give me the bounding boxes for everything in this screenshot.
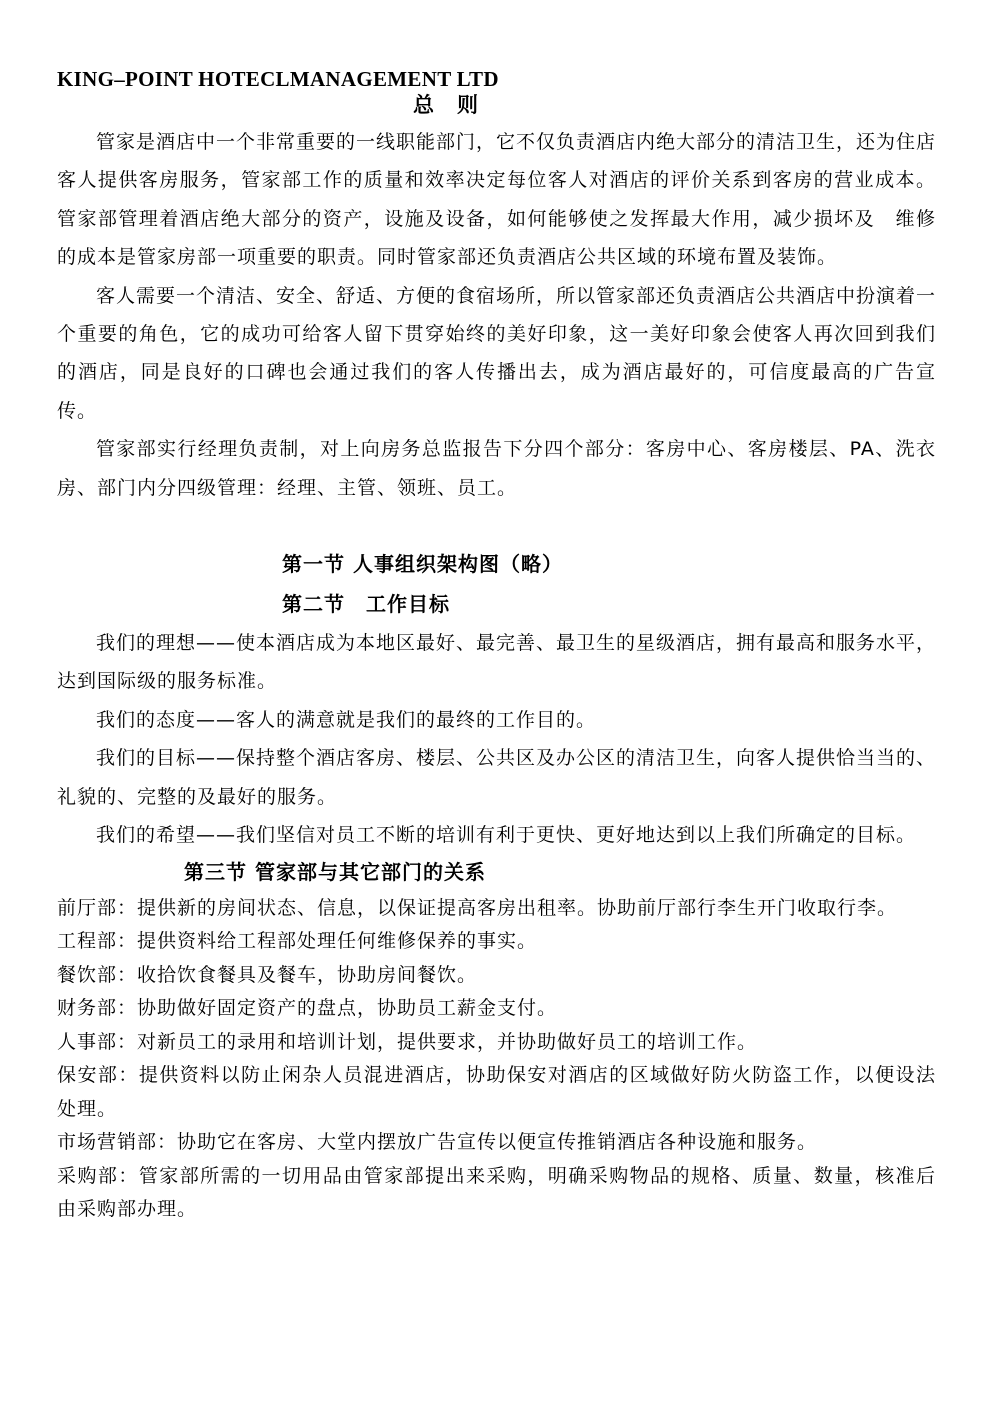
- department-desc: 收拾饮食餐具及餐车，协助房间餐饮。: [137, 964, 477, 986]
- paragraph: 管家部实行经理负责制，对上向房务总监报告下分四个部分：客房中心、客房楼层、PA、…: [57, 430, 936, 507]
- department-name: 前厅部：: [57, 897, 137, 919]
- department-item: 人事部：对新员工的录用和培训计划，提供要求，并协助做好员工的培训工作。: [57, 1026, 936, 1060]
- paragraph: 我们的理想——使本酒店成为本地区最好、最完善、最卫生的星级酒店，拥有最高和服务水…: [57, 624, 936, 701]
- department-desc: 提供资料给工程部处理任何维修保养的事实。: [137, 930, 537, 952]
- department-desc: 对新员工的录用和培训计划，提供要求，并协助做好员工的培训工作。: [137, 1031, 757, 1053]
- page-content: KING–POINT HOTECLMANAGEMENT LTD 总 则 管家是酒…: [0, 0, 993, 1227]
- department-item: 工程部：提供资料给工程部处理任何维修保养的事实。: [57, 925, 936, 959]
- paragraph: 管家是酒店中一个非常重要的一线职能部门，它不仅负责酒店内绝大部分的清洁卫生，还为…: [57, 123, 936, 277]
- section1-heading: 第一节 人事组织架构图（略）: [282, 544, 936, 584]
- doc-title: 总 则: [413, 92, 936, 118]
- paragraph: 我们的目标——保持整个酒店客房、楼层、公共区及办公区的清洁卫生，向客人提供恰当当…: [57, 739, 936, 816]
- department-desc: 提供资料以防止闲杂人员混进酒店，协助保安对酒店的区域做好防火防盗工作，以便设法处…: [57, 1064, 936, 1120]
- paragraph: 客人需要一个清洁、安全、舒适、方便的食宿场所，所以管家部还负责酒店公共酒店中扮演…: [57, 277, 936, 431]
- company-name: KING–POINT HOTECLMANAGEMENT LTD: [57, 0, 936, 92]
- department-list: 前厅部：提供新的房间状态、信息，以保证提高客房出租率。协助前厅部行李生开门收取行…: [57, 892, 936, 1227]
- section2-heading: 第二节 工作目标: [282, 584, 936, 624]
- department-desc: 协助做好固定资产的盘点，协助员工薪金支付。: [137, 997, 557, 1019]
- document-page: KING–POINT HOTECLMANAGEMENT LTD 总 则 管家是酒…: [0, 0, 993, 1404]
- department-desc: 协助它在客房、大堂内摆放广告宣传以便宣传推销酒店各种设施和服务。: [177, 1131, 817, 1153]
- department-item: 财务部：协助做好固定资产的盘点，协助员工薪金支付。: [57, 992, 936, 1026]
- paragraph: 我们的态度——客人的满意就是我们的最终的工作目的。: [57, 701, 936, 739]
- general-section: 管家是酒店中一个非常重要的一线职能部门，它不仅负责酒店内绝大部分的清洁卫生，还为…: [57, 123, 936, 507]
- section3-heading: 第三节 管家部与其它部门的关系: [184, 852, 936, 892]
- department-desc: 管家部所需的一切用品由管家部提出来采购，明确采购物品的规格、质量、数量，核准后由…: [57, 1165, 936, 1221]
- department-name: 财务部：: [57, 997, 137, 1019]
- section2-body: 我们的理想——使本酒店成为本地区最好、最完善、最卫生的星级酒店，拥有最高和服务水…: [57, 624, 936, 854]
- department-name: 市场营销部：: [57, 1131, 177, 1153]
- department-item: 保安部：提供资料以防止闲杂人员混进酒店，协助保安对酒店的区域做好防火防盗工作，以…: [57, 1059, 936, 1126]
- department-item: 餐饮部：收拾饮食餐具及餐车，协助房间餐饮。: [57, 959, 936, 993]
- department-name: 人事部：: [57, 1031, 137, 1053]
- department-item: 市场营销部：协助它在客房、大堂内摆放广告宣传以便宣传推销酒店各种设施和服务。: [57, 1126, 936, 1160]
- paragraph: 我们的希望——我们坚信对员工不断的培训有利于更快、更好地达到以上我们所确定的目标…: [57, 816, 936, 854]
- department-name: 保安部：: [57, 1064, 139, 1086]
- department-name: 餐饮部：: [57, 964, 137, 986]
- department-name: 工程部：: [57, 930, 137, 952]
- department-name: 采购部：: [57, 1165, 139, 1187]
- department-item: 采购部：管家部所需的一切用品由管家部提出来采购，明确采购物品的规格、质量、数量，…: [57, 1160, 936, 1227]
- department-desc: 提供新的房间状态、信息，以保证提高客房出租率。协助前厅部行李生开门收取行李。: [137, 897, 897, 919]
- department-item: 前厅部：提供新的房间状态、信息，以保证提高客房出租率。协助前厅部行李生开门收取行…: [57, 892, 936, 926]
